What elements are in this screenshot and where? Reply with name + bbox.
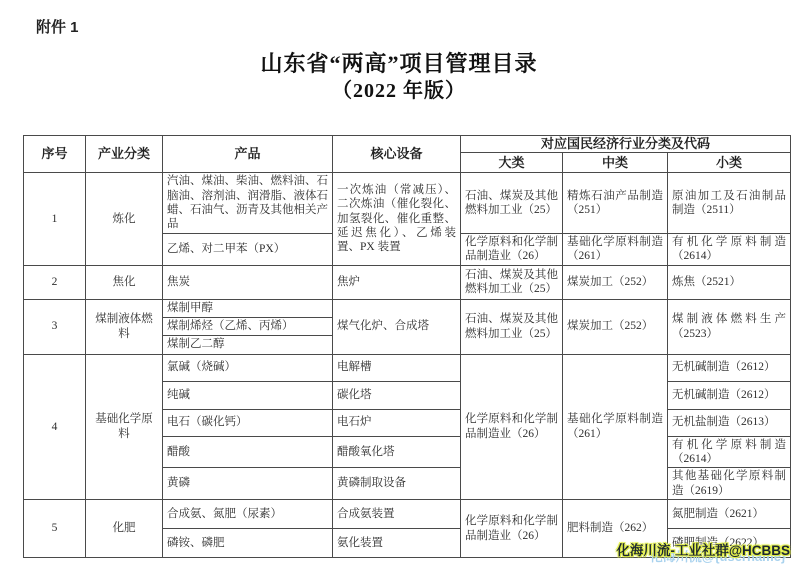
cell-minor: 无机碱制造（2612）: [668, 354, 791, 381]
cell-serial: 5: [24, 500, 86, 558]
column-header-serial: 序号: [24, 136, 86, 173]
cell-industry: 焦化: [86, 265, 163, 299]
column-header-minor: 小类: [668, 153, 791, 173]
column-header-classification-group: 对应国民经济行业分类及代码: [461, 136, 791, 153]
cell-serial: 3: [24, 299, 86, 354]
cell-equipment: 焦炉: [333, 265, 461, 299]
column-header-product: 产品: [163, 136, 333, 173]
cell-minor: 有机化学原料制造（2614）: [668, 233, 791, 265]
cell-product: 乙烯、对二甲苯（PX）: [163, 233, 333, 265]
cell-major: 石油、煤炭及其他燃料加工业（25）: [461, 299, 563, 354]
cell-minor: 有机化学原料制造（2614）: [668, 436, 791, 468]
cell-minor: 无机碱制造（2612）: [668, 381, 791, 409]
cell-serial: 2: [24, 265, 86, 299]
table-row: 4 基础化学原料 氯碱（烧碱） 电解槽 化学原料和化学制品制造业（26） 基础化…: [24, 354, 791, 381]
title-line-2: （2022 年版）: [0, 78, 798, 105]
cell-medium: 煤炭加工（252）: [563, 265, 668, 299]
column-header-equipment: 核心设备: [333, 136, 461, 173]
cell-equipment: 一次炼油（常减压）、二次炼油（催化裂化、加氢裂化、催化重整、延迟焦化）、乙烯装置…: [333, 173, 461, 265]
cell-product: 煤制乙二醇: [163, 335, 333, 354]
page-title: 山东省“两高”项目管理目录 （2022 年版）: [0, 50, 798, 105]
cell-product: 汽油、煤油、柴油、燃料油、石脑油、溶剂油、润滑脂、液体石蜡、石油气、沥青及其他相…: [163, 173, 333, 234]
cell-serial: 4: [24, 354, 86, 500]
table-row: 3 煤制液体燃料 煤制甲醇 煤气化炉、合成塔 石油、煤炭及其他燃料加工业（25）…: [24, 299, 791, 317]
cell-major: 化学原料和化学制品制造业（26）: [461, 233, 563, 265]
cell-equipment: 合成氨装置: [333, 500, 461, 529]
column-header-industry: 产业分类: [86, 136, 163, 173]
cell-product: 电石（碳化钙）: [163, 409, 333, 436]
catalog-table-container: 序号 产业分类 产品 核心设备 对应国民经济行业分类及代码 大类 中类 小类 1…: [23, 135, 790, 558]
cell-industry: 化肥: [86, 500, 163, 558]
cell-product: 黄磷: [163, 468, 333, 500]
cell-minor: 无机盐制造（2613）: [668, 409, 791, 436]
table-row: 1 炼化 汽油、煤油、柴油、燃料油、石脑油、溶剂油、润滑脂、液体石蜡、石油气、沥…: [24, 173, 791, 234]
cell-product: 煤制烯烃（乙烯、丙烯）: [163, 317, 333, 335]
cell-serial: 1: [24, 173, 86, 265]
cell-minor: 煤制液体燃料生产（2523）: [668, 299, 791, 354]
cell-product: 合成氨、氮肥（尿素）: [163, 500, 333, 529]
cell-equipment: 煤气化炉、合成塔: [333, 299, 461, 354]
cell-minor: 其他基础化学原料制造（2619）: [668, 468, 791, 500]
cell-product: 焦炭: [163, 265, 333, 299]
cell-equipment: 黄磷制取设备: [333, 468, 461, 500]
catalog-table: 序号 产业分类 产品 核心设备 对应国民经济行业分类及代码 大类 中类 小类 1…: [23, 135, 791, 558]
table-row: 2 焦化 焦炭 焦炉 石油、煤炭及其他燃料加工业（25） 煤炭加工（252） 炼…: [24, 265, 791, 299]
cell-equipment: 碳化塔: [333, 381, 461, 409]
cell-major: 化学原料和化学制品制造业（26）: [461, 500, 563, 558]
column-header-major: 大类: [461, 153, 563, 173]
cell-industry: 炼化: [86, 173, 163, 265]
cell-equipment: 氨化装置: [333, 529, 461, 558]
cell-medium: 煤炭加工（252）: [563, 299, 668, 354]
cell-major: 石油、煤炭及其他燃料加工业（25）: [461, 173, 563, 234]
column-header-medium: 中类: [563, 153, 668, 173]
cell-major: 化学原料和化学制品制造业（26）: [461, 354, 563, 500]
cell-minor: 原油加工及石油制品制造（2511）: [668, 173, 791, 234]
cell-major: 石油、煤炭及其他燃料加工业（25）: [461, 265, 563, 299]
cell-equipment: 电石炉: [333, 409, 461, 436]
cell-minor: 氮肥制造（2621）: [668, 500, 791, 529]
cell-product: 磷铵、磷肥: [163, 529, 333, 558]
title-line-1: 山东省“两高”项目管理目录: [0, 50, 798, 78]
cell-equipment: 电解槽: [333, 354, 461, 381]
cell-equipment: 醋酸氧化塔: [333, 436, 461, 468]
cell-medium: 基础化学原料制造（261）: [563, 354, 668, 500]
attachment-label: 附件 1: [36, 16, 79, 37]
table-row: 5 化肥 合成氨、氮肥（尿素） 合成氨装置 化学原料和化学制品制造业（26） 肥…: [24, 500, 791, 529]
cell-medium: 基础化学原料制造（261）: [563, 233, 668, 265]
watermark-front-text: 化海川流-工业社群@HCBBS: [616, 539, 790, 559]
cell-product: 醋酸: [163, 436, 333, 468]
cell-minor: 炼焦（2521）: [668, 265, 791, 299]
cell-product: 纯碱: [163, 381, 333, 409]
cell-medium: 精炼石油产品制造（251）: [563, 173, 668, 234]
cell-product: 氯碱（烧碱）: [163, 354, 333, 381]
cell-industry: 煤制液体燃料: [86, 299, 163, 354]
cell-product: 煤制甲醇: [163, 299, 333, 317]
watermark: 化海川流@{username} 化海川流-工业社群@HCBBS: [612, 537, 792, 563]
cell-industry: 基础化学原料: [86, 354, 163, 500]
